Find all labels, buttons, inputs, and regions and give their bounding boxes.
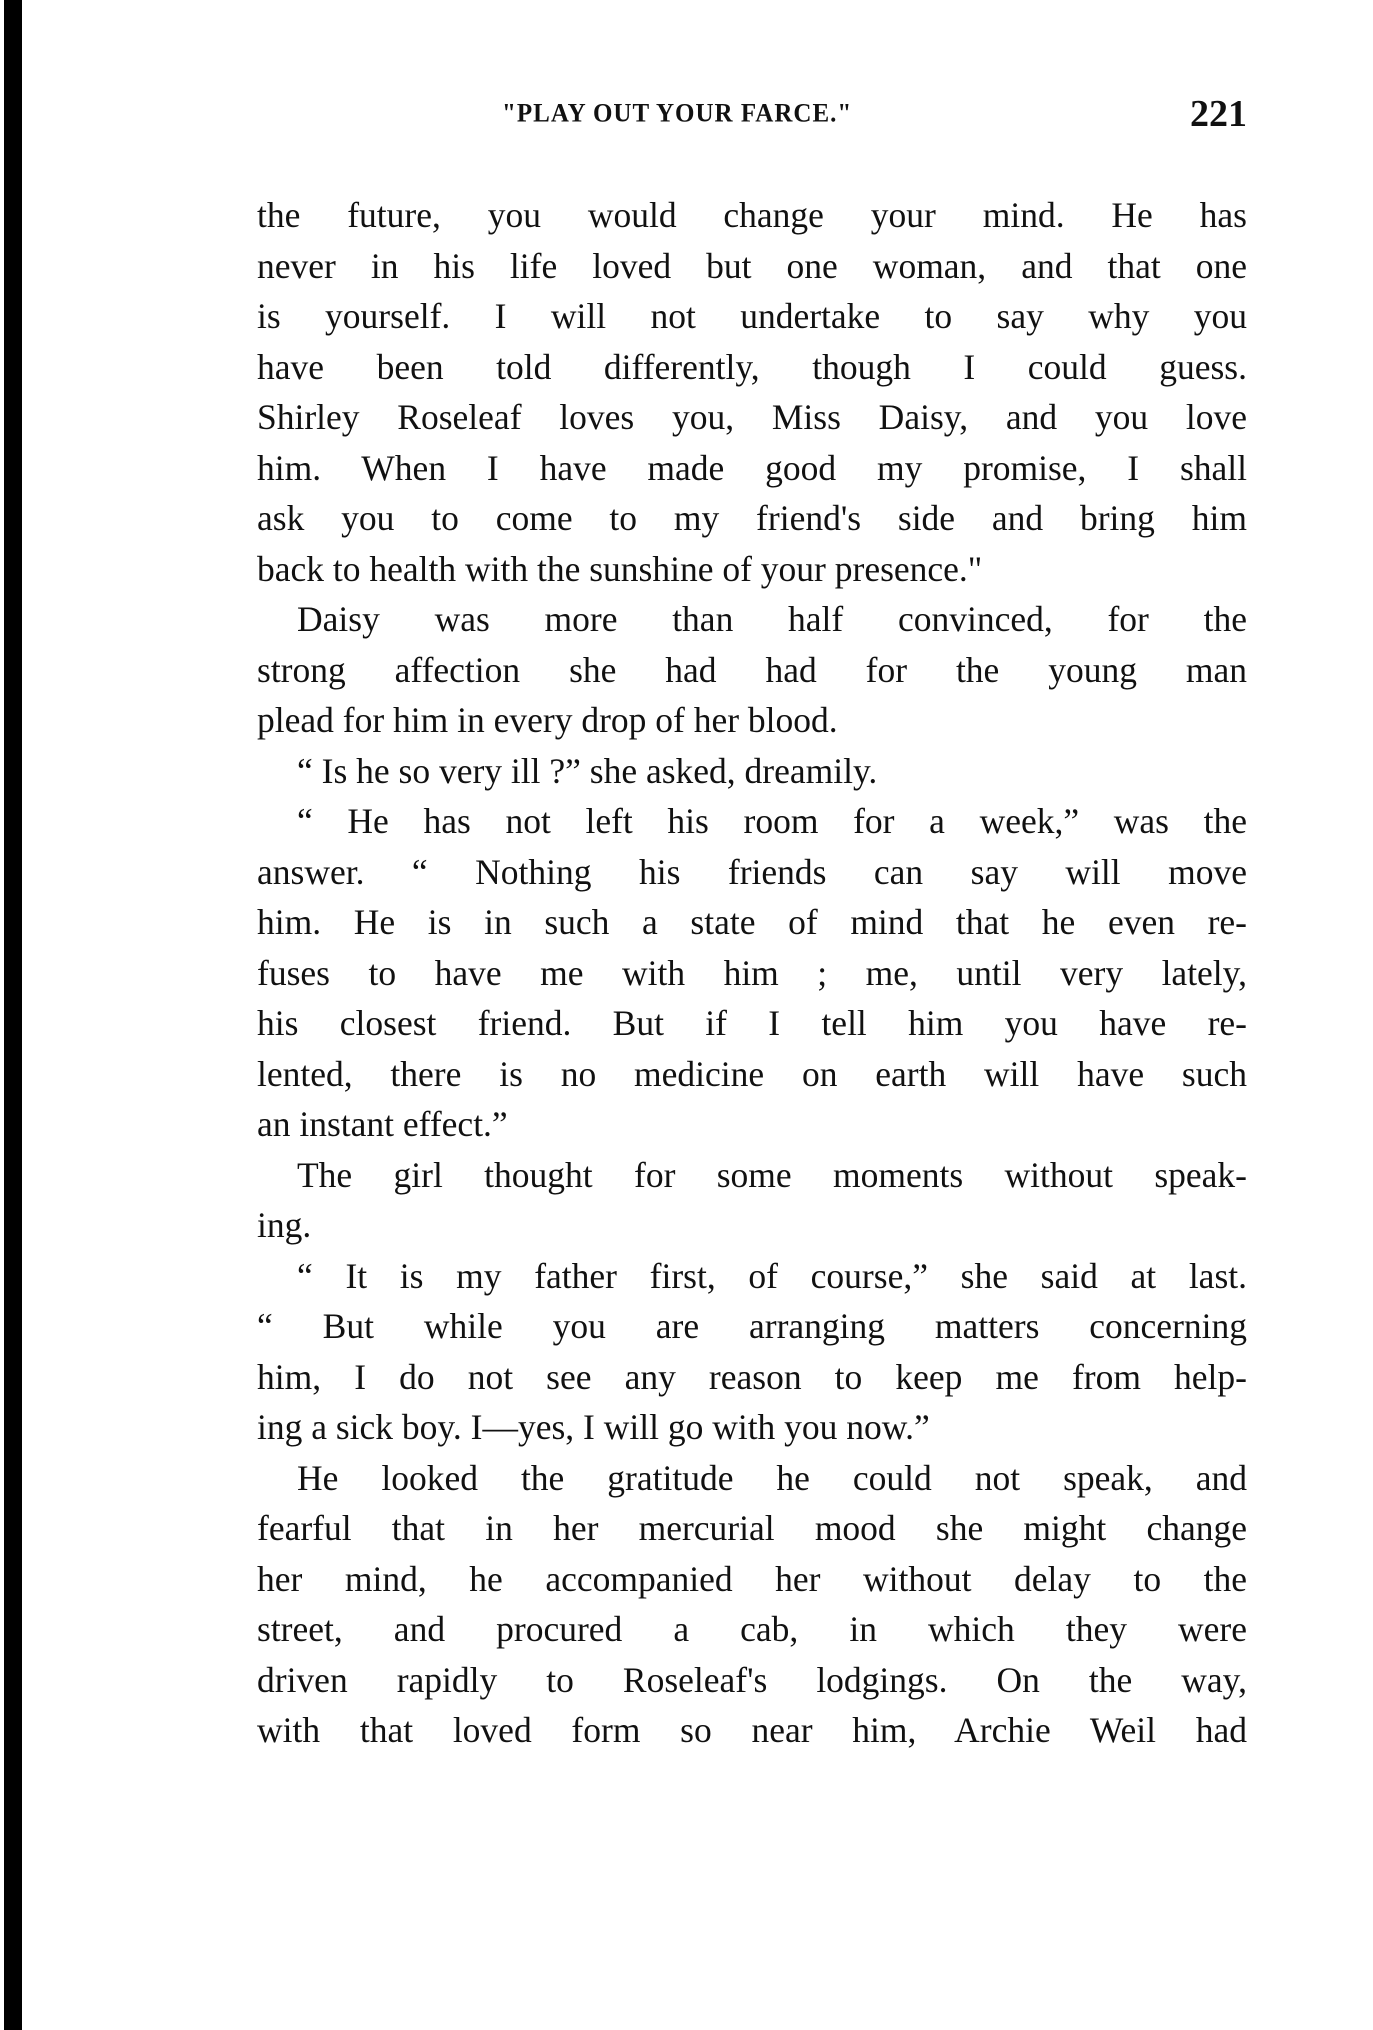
scan-edge-bar <box>4 0 22 2030</box>
text-line: her mind, he accompanied her without del… <box>257 1554 1247 1605</box>
text-line: “ He has not left his room for a week,” … <box>257 796 1247 847</box>
text-line: an instant effect.” <box>257 1099 1247 1150</box>
text-line: street, and procured a cab, in which the… <box>257 1604 1247 1655</box>
text-line: He looked the gratitude he could not spe… <box>257 1453 1247 1504</box>
text-line: driven rapidly to Roseleaf's lodgings. O… <box>257 1655 1247 1706</box>
text-line: him. When I have made good my promise, I… <box>257 443 1247 494</box>
text-line: ask you to come to my friend's side and … <box>257 493 1247 544</box>
text-line: ing a sick boy. I—yes, I will go with yo… <box>257 1402 1247 1453</box>
text-line: never in his life loved but one woman, a… <box>257 241 1247 292</box>
text-line: Shirley Roseleaf loves you, Miss Daisy, … <box>257 392 1247 443</box>
text-line: “ It is my father first, of course,” she… <box>257 1251 1247 1302</box>
text-line: lented, there is no medicine on earth wi… <box>257 1049 1247 1100</box>
text-line: his closest friend. But if I tell him yo… <box>257 998 1247 1049</box>
text-line: fuses to have me with him ; me, until ve… <box>257 948 1247 999</box>
text-line: with that loved form so near him, Archie… <box>257 1705 1247 1756</box>
running-title: "PLAY OUT YOUR FARCE." <box>502 99 852 128</box>
text-line: him, I do not see any reason to keep me … <box>257 1352 1247 1403</box>
text-line: strong affection she had had for the you… <box>257 645 1247 696</box>
text-line: have been told differently, though I cou… <box>257 342 1247 393</box>
page-number: 221 <box>1190 92 1247 136</box>
text-line: “ But while you are arranging matters co… <box>257 1301 1247 1352</box>
text-line: is yourself. I will not undertake to say… <box>257 291 1247 342</box>
page-header: "PLAY OUT YOUR FARCE." 221 <box>257 92 1247 142</box>
text-line: him. He is in such a state of mind that … <box>257 897 1247 948</box>
text-line: the future, you would change your mind. … <box>257 190 1247 241</box>
text-line: plead for him in every drop of her blood… <box>257 695 1247 746</box>
text-line: Daisy was more than half convinced, for … <box>257 594 1247 645</box>
text-line: fearful that in her mercurial mood she m… <box>257 1503 1247 1554</box>
text-line: The girl thought for some moments withou… <box>257 1150 1247 1201</box>
text-line: “ Is he so very ill ?” she asked, dreami… <box>257 746 1247 797</box>
body-text: the future, you would change your mind. … <box>257 190 1247 1756</box>
text-line: ing. <box>257 1200 1247 1251</box>
text-line: answer. “ Nothing his friends can say wi… <box>257 847 1247 898</box>
text-line: back to health with the sunshine of your… <box>257 544 1247 595</box>
